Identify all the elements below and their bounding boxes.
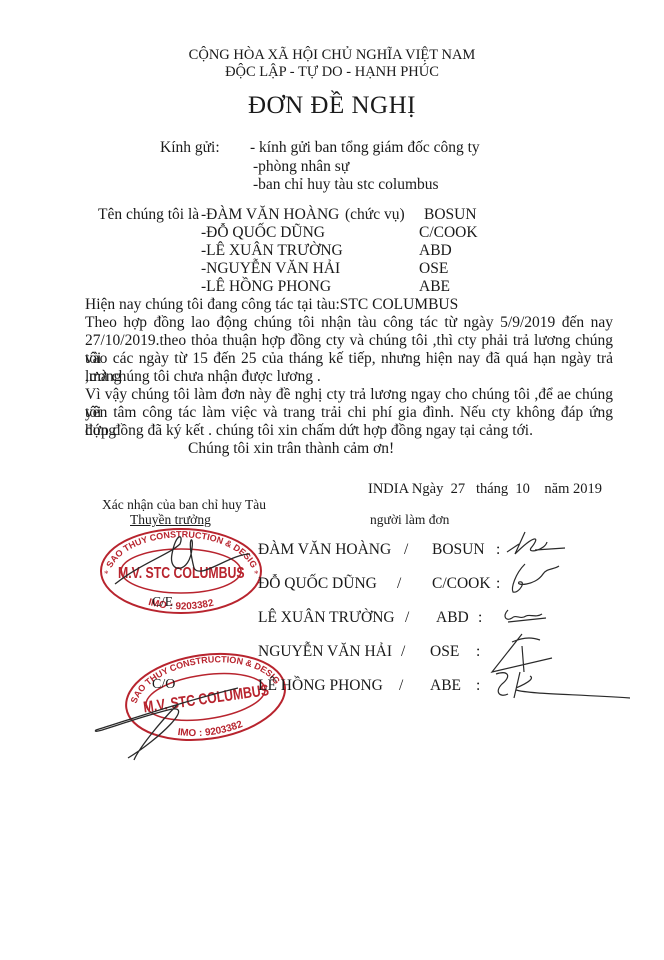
crew-name: -ĐÀM VĂN HOÀNG	[201, 206, 339, 224]
date-line: INDIA Ngày 27 tháng 10 năm 2019	[368, 481, 602, 498]
thanks-line: Chúng tôi xin trân thành cảm ơn!	[188, 440, 394, 458]
body-paragraph-line: ,mà chúng tôi chưa nhận được lương .	[85, 368, 321, 386]
signer-position: BOSUN	[432, 541, 485, 559]
crew-position: ABE	[419, 278, 450, 296]
crew-name: -ĐỖ QUỐC DŨNG	[201, 224, 325, 242]
date-month: 10	[515, 481, 530, 497]
separator: /	[399, 677, 403, 695]
body-paragraph-line: Theo hợp đồng lao động chúng tôi nhận tà…	[85, 314, 613, 332]
colon: :	[476, 677, 480, 695]
document-title: ĐƠN ĐỀ NGHỊ	[0, 92, 664, 120]
signature-row: LÊ XUÂN TRƯỜNG	[258, 609, 395, 627]
signature-row: NGUYỄN VĂN HẢI	[258, 643, 392, 661]
national-header-line1: CỘNG HÒA XÃ HỘI CHỦ NGHĨA VIỆT NAM	[0, 47, 664, 64]
applicant-label: người làm đơn	[370, 512, 449, 528]
separator: /	[405, 609, 409, 627]
date-year-label: năm	[544, 481, 569, 497]
crew-name: -LÊ HỒNG PHONG	[201, 278, 331, 296]
separator: /	[397, 575, 401, 593]
signer-position: ABD	[436, 609, 469, 627]
crew-name: -NGUYỄN VĂN HẢI	[201, 260, 340, 278]
signer-position: C/COOK	[432, 575, 491, 593]
signature-bosun	[505, 530, 575, 560]
date-day: 27	[451, 481, 466, 497]
chief-officer-signature	[88, 680, 268, 760]
colon: :	[478, 609, 482, 627]
signature-row: ĐÀM VĂN HOÀNG	[258, 541, 391, 559]
signer-position: OSE	[430, 643, 459, 661]
position-label: (chức vụ)	[345, 206, 405, 224]
crew-position: OSE	[419, 260, 448, 278]
date-year: 2019	[573, 481, 602, 497]
crew-position: BOSUN	[424, 206, 477, 224]
confirmation-label: Xác nhận của ban chỉ huy Tàu	[102, 497, 266, 513]
crew-position: C/COOK	[419, 224, 478, 242]
current-vessel-line: Hiện nay chúng tôi đang công tác tại tàu…	[85, 296, 458, 314]
colon: :	[476, 643, 480, 661]
signature-abd	[502, 606, 552, 626]
signature-row: ĐỖ QUỐC DŨNG	[258, 575, 377, 593]
signer-name: ĐỖ QUỐC DŨNG	[258, 575, 377, 592]
date-month-label: tháng	[476, 481, 508, 497]
separator: /	[401, 643, 405, 661]
crew-name: -LÊ XUÂN TRƯỜNG	[201, 242, 343, 260]
signer-name: LÊ HỒNG PHONG	[258, 677, 383, 694]
recipient-item: - kính gửi ban tổng giám đốc công ty	[250, 139, 480, 157]
colon: :	[496, 575, 500, 593]
svg-text:*: *	[104, 569, 109, 579]
signature-c-cook	[505, 562, 565, 596]
date-place: INDIA	[368, 481, 408, 497]
crew-position: ABD	[419, 242, 452, 260]
captain-signature	[110, 524, 260, 604]
signature-row: LÊ HỒNG PHONG	[258, 677, 383, 695]
recipients-label: Kính gửi:	[160, 139, 220, 157]
national-header-line2: ĐỘC LẬP - TỰ DO - HẠNH PHÚC	[0, 64, 664, 81]
date-day-label: Ngày	[412, 481, 443, 497]
crew-intro-prefix: Tên chúng tôi là	[98, 206, 199, 224]
colon: :	[496, 541, 500, 559]
body-paragraph-line: hợp đồng đã ký kết . chúng tôi xin chấm …	[85, 422, 533, 440]
signer-name: ĐÀM VĂN HOÀNG	[258, 541, 391, 558]
recipient-item: -ban chỉ huy tàu stc columbus	[253, 176, 439, 194]
signer-name: NGUYỄN VĂN HẢI	[258, 643, 392, 660]
signer-position: ABE	[430, 677, 461, 695]
signature-abe	[490, 668, 640, 704]
separator: /	[404, 541, 408, 559]
signer-name: LÊ XUÂN TRƯỜNG	[258, 609, 395, 626]
recipient-item: -phòng nhân sự	[253, 158, 349, 176]
